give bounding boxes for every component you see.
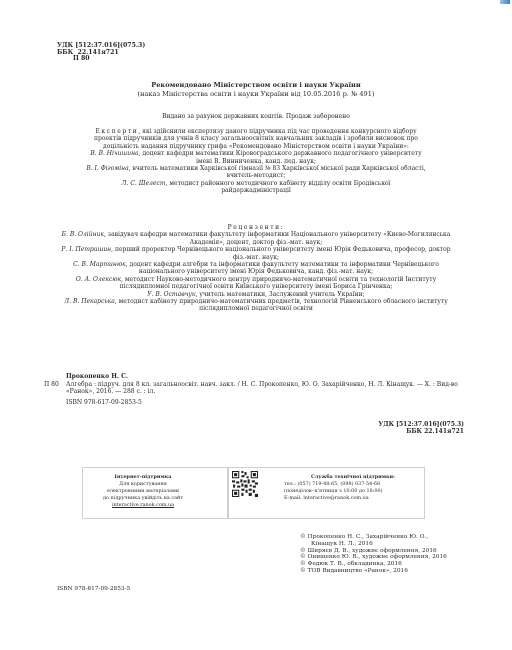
- reviewer-name: О. А. Олексюк: [76, 276, 121, 283]
- udk-bottom: УДК [512:37.016](075.3): [378, 421, 464, 428]
- recommendation-title: Рекомендовано Міністерством освіти і нау…: [100, 81, 412, 90]
- experts-block: Експерти, які здійснили експертизу даног…: [86, 128, 426, 195]
- catalog-card: Прокопенко Н. С. П 80 Алгебра : підруч. …: [44, 373, 464, 406]
- copyright-line: © Прокопенко Н. С., Захарійченко Ю. О.,: [300, 534, 447, 541]
- support-site-link[interactable]: interactive.ranok.com.ua: [83, 502, 203, 509]
- qr-code-icon[interactable]: [232, 471, 258, 497]
- funded-notice: Видано за рахунок державних коштів. Прод…: [100, 113, 412, 120]
- copyright-line: Кінащук Н. Л., 2016: [300, 541, 447, 548]
- expert-name: В. В. Нічишина: [90, 150, 138, 157]
- expert-desc: , методист районного методичного кабінет…: [166, 180, 391, 194]
- expert-name: В. І. Фігоміна: [86, 165, 128, 172]
- catalog-author: Прокопенко Н. С.: [44, 373, 464, 381]
- expert-desc: , доцент кафедри математики Кіровоградсь…: [139, 150, 422, 164]
- recommendation-order: (наказ Міністерства освіти і науки Украї…: [100, 90, 412, 99]
- reviewer-desc: , завідувач кафедри математики факультет…: [104, 231, 450, 245]
- tech-support-hours: (понеділок–п'ятниця з 10:00 до 18:00): [284, 488, 422, 495]
- reviewer-desc: , методист кабінету природничо-математич…: [115, 298, 448, 312]
- reviewer-name: Л. В. Пекарська: [64, 298, 115, 305]
- reviewer-name: У. В. Оставчук: [147, 291, 195, 298]
- bbk-label: ББК: [57, 49, 73, 56]
- reviewer-name: С. В. Мартинюк: [73, 261, 126, 268]
- internet-support-line: Для користування: [83, 481, 203, 488]
- corner-indicator: [500, 0, 510, 4]
- bottom-classification: УДК [512:37.016](075.3) ББК 22.141я721: [378, 421, 464, 435]
- reviewer-desc: , учитель математики, Заслужений учитель…: [196, 291, 365, 298]
- internet-support-box: Інтернет-підтримка Для користування елек…: [82, 467, 228, 519]
- reviewer-desc: , методист Науково-методичного центру пр…: [120, 276, 436, 290]
- internet-support-title: Інтернет-підтримка: [83, 474, 203, 481]
- copyright-line: © Федюк Т. В., обкладинка, 2016: [300, 561, 447, 568]
- tech-support-phone: тел.: (057) 719-48-65, (098) 037-54-68: [284, 481, 422, 488]
- tech-support-title: Служба технічної підтримки:: [284, 474, 422, 481]
- internet-support-line: електронними матеріалами: [83, 488, 203, 495]
- reviewer-name: Р. І. Петришин: [61, 246, 111, 253]
- copyright-list: © Прокопенко Н. С., Захарійченко Ю. О., …: [300, 534, 447, 575]
- catalog-entry: Алгебра : підруч. для 8 кл. загальноосві…: [66, 381, 464, 396]
- expert-desc: , вчитель математики Харківської гімназі…: [129, 165, 426, 179]
- catalog-isbn: ISBN 978-617-09-2853-5: [44, 399, 464, 407]
- reviewer-desc: , перший проректор Чернівецького націона…: [111, 246, 450, 260]
- catalog-code: П 80: [44, 381, 66, 396]
- expert-name: Л. С. Шелест: [122, 180, 166, 187]
- reviewer-name: Б. В. Олійник: [62, 231, 104, 238]
- reviewers-block: Рецензенти: Б. В. Олійник, завідувач каф…: [60, 224, 452, 313]
- recommendation-block: Рекомендовано Міністерством освіти і нау…: [100, 81, 412, 99]
- reviewer-desc: , доцент кафедри алгебри та інформатики …: [126, 261, 439, 275]
- experts-intro: , які здійснили експертизу даного підруч…: [94, 128, 418, 150]
- classification-block: УДК [512:37.016](075.3) ББК 22.141я721 П…: [57, 43, 145, 63]
- internet-support-line: до підручника увійдіть на сайт: [83, 495, 203, 502]
- reviewers-heading: Рецензенти:: [60, 224, 452, 231]
- author-mark: П 80: [73, 55, 90, 62]
- isbn-bottom: ISBN 978-617-09-2853-5: [57, 586, 130, 592]
- experts-heading: Експерти: [95, 128, 138, 135]
- tech-support-email: E-mail: interactive@ranok.com.ua: [284, 495, 422, 502]
- copyright-line: © ТОВ Видавництво «Ранок», 2016: [300, 568, 447, 575]
- bbk-bottom: ББК 22.141я721: [378, 428, 464, 435]
